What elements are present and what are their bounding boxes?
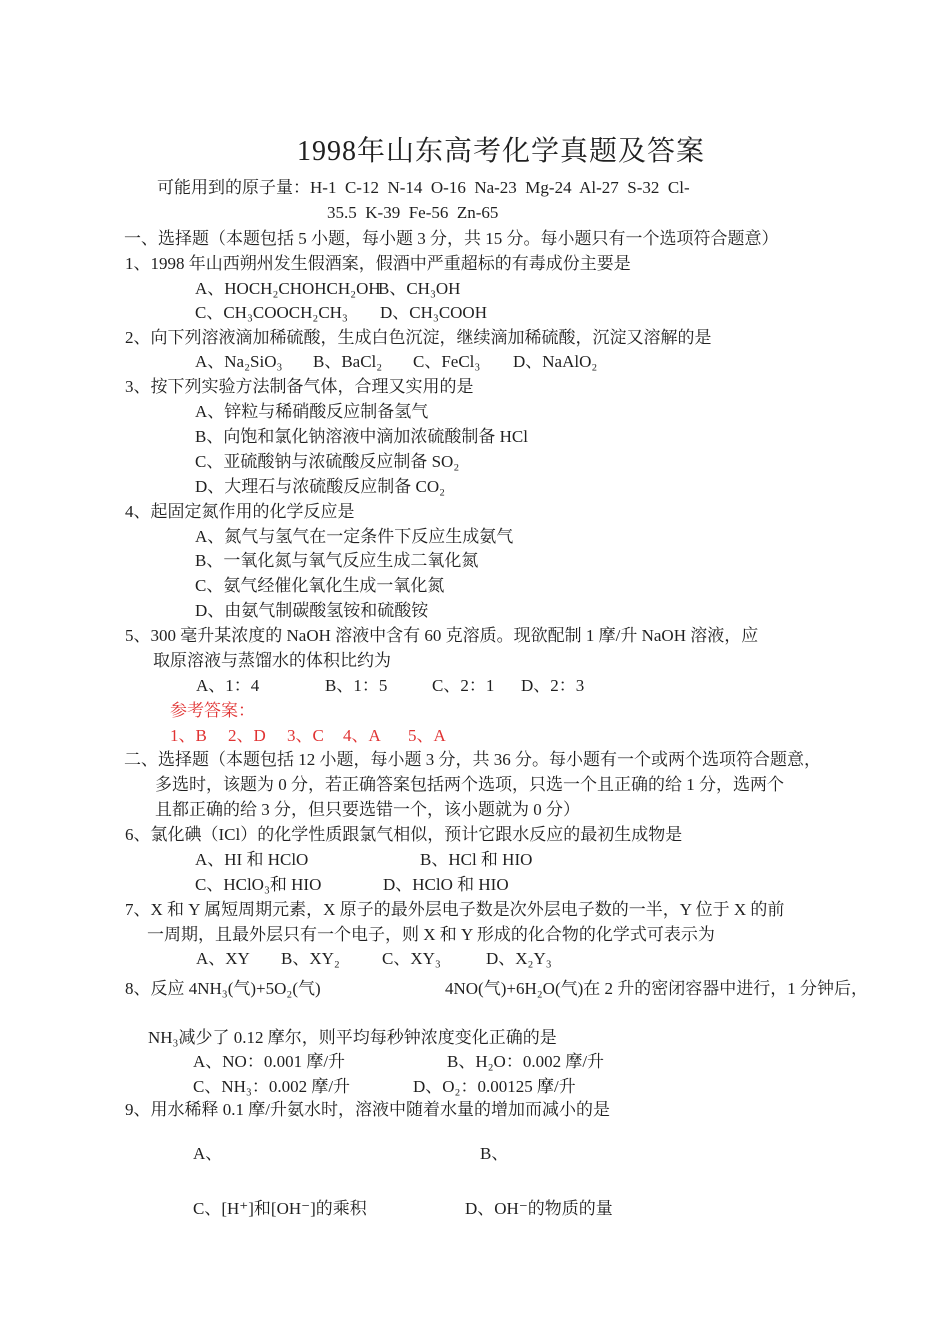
question-8-line-2-text: NH₃减少了 0.12 摩尔，则平均每秒钟浓度变化正确的是	[148, 1025, 557, 1050]
q7-option-d: D、X₂Y₃	[486, 946, 552, 971]
question-6: 6、氯化碘（ICl）的化学性质跟氯气相似，预计它跟水反应的最初生成物是	[0, 822, 949, 847]
question-5-line-2-text: 取原溶液与蒸馏水的体积比约为	[153, 648, 391, 673]
question-7-line-1: 7、X 和 Y 属短周期元素，X 原子的最外层电子数是次外层电子数的一半，Y 位…	[0, 897, 949, 922]
q9-option-b: B、	[480, 1141, 508, 1166]
section-2-header-line-2: 多选时，该题为 0 分，若正确答案包括两个选项，只选一个且正确的给 1 分，选两…	[0, 772, 949, 797]
section-2-header-line-1: 二、选择题（本题包括 12 小题，每小题 3 分，共 36 分。每小题有一个或两…	[0, 747, 949, 772]
question-3-option-c: C、亚硫酸钠与浓硫酸反应制备 SO₂	[0, 449, 949, 474]
question-5-options: A、1：4B、1：5C、2：1D、2：3	[0, 673, 949, 698]
q6-option-c: C、HClO₃和 HIO	[195, 872, 321, 897]
question-1: 1、1998 年山西朔州发生假酒案，假酒中严重超标的有毒成份主要是	[0, 251, 949, 276]
q6-option-a: A、HI 和 HClO	[195, 847, 308, 872]
q5-option-b: B、1：5	[325, 673, 387, 698]
question-4-option-a-text: A、氮气与氢气在一定条件下反应生成氨气	[195, 524, 513, 549]
question-3-option-c-text: C、亚硫酸钠与浓硫酸反应制备 SO₂	[195, 449, 459, 474]
question-4-option-b-text: B、一氧化氮与氧气反应生成二氧化氮	[195, 548, 478, 573]
question-3-option-d-text: D、大理石与浓硫酸反应制备 CO₂	[195, 474, 445, 499]
section-1-header-text: 一、选择题（本题包括 5 小题，每小题 3 分，共 15 分。每小题只有一个选项…	[124, 226, 779, 251]
document-title: 1998年山东高考化学真题及答案	[53, 129, 949, 169]
answer-3: 3、C	[287, 723, 324, 748]
answer-2: 2、D	[228, 723, 266, 748]
question-4-option-a: A、氮气与氢气在一定条件下反应生成氨气	[0, 524, 949, 549]
q2-option-c: C、FeCl₃	[413, 349, 480, 374]
q7-option-c: C、XY₃	[382, 946, 441, 971]
question-3-text: 3、按下列实验方法制备气体，合理又实用的是	[125, 374, 474, 399]
q5-option-c: C、2：1	[432, 673, 494, 698]
question-1-options-ab: A、HOCH₂CHOHCH₂OHB、CH₃OH	[0, 276, 949, 301]
section-1-header: 一、选择题（本题包括 5 小题，每小题 3 分，共 15 分。每小题只有一个选项…	[0, 226, 949, 251]
question-4-option-d: D、由氨气制碳酸氢铵和硫酸铵	[0, 598, 949, 623]
section-2-header-line-3: 且都正确的给 3 分，但只要选错一个，该小题就为 0 分）	[0, 797, 949, 822]
question-5-line-2: 取原溶液与蒸馏水的体积比约为	[0, 648, 949, 673]
question-9-options-cd: C、[H⁺]和[OH⁻]的乘积D、OH⁻的物质的量	[0, 1196, 949, 1221]
question-6-options-cd: C、HClO₃和 HIOD、HClO 和 HIO	[0, 872, 949, 897]
q1-option-a: A、HOCH₂CHOHCH₂OH	[195, 276, 381, 301]
question-4-option-c: C、氨气经催化氧化生成一氧化氮	[0, 573, 949, 598]
question-1-text: 1、1998 年山西朔州发生假酒案，假酒中严重超标的有毒成份主要是	[125, 251, 631, 276]
question-3-option-a: A、锌粒与稀硝酸反应制备氢气	[0, 399, 949, 424]
reference-answers-heading-text: 参考答案：	[170, 698, 255, 723]
q6-option-d: D、HClO 和 HIO	[383, 872, 509, 897]
q5-option-d: D、2：3	[521, 673, 584, 698]
q6-option-b: B、HCl 和 HIO	[420, 847, 532, 872]
question-2-options: A、Na₂SiO₃B、BaCl₂C、FeCl₃D、NaAlO₂	[0, 349, 949, 374]
question-6-text: 6、氯化碘（ICl）的化学性质跟氯气相似，预计它跟水反应的最初生成物是	[125, 822, 682, 847]
q8-equation-left: 8、反应 4NH₃(气)+5O₂(气)	[125, 976, 321, 1001]
q7-option-b: B、XY₂	[281, 946, 340, 971]
question-9-options-ab: A、B、	[0, 1141, 949, 1166]
q5-option-a: A、1：4	[196, 673, 259, 698]
q9-option-d: D、OH⁻的物质的量	[465, 1196, 613, 1221]
question-9-text: 9、用水稀释 0.1 摩/升氨水时，溶液中随着水量的增加而减小的是	[125, 1097, 610, 1122]
q2-option-d: D、NaAlO₂	[513, 349, 597, 374]
section-2-header-line-3-text: 且都正确的给 3 分，但只要选错一个，该小题就为 0 分）	[155, 797, 580, 822]
reference-answers: 1、B2、D3、C4、A5、A	[0, 723, 949, 748]
question-8-options-cd: C、NH₃：0.002 摩/升D、O₂：0.00125 摩/升	[0, 1074, 949, 1099]
atomic-masses-line-2: 35.5 K-39 Fe-56 Zn-65	[0, 200, 949, 225]
question-3-option-a-text: A、锌粒与稀硝酸反应制备氢气	[195, 399, 428, 424]
question-4-option-c-text: C、氨气经催化氧化生成一氧化氮	[195, 573, 444, 598]
atomic-masses-line-1-text: 可能用到的原子量：H-1 C-12 N-14 O-16 Na-23 Mg-24 …	[157, 175, 690, 200]
question-7-options: A、XYB、XY₂C、XY₃D、X₂Y₃	[0, 946, 949, 971]
question-4-option-b: B、一氧化氮与氧气反应生成二氧化氮	[0, 548, 949, 573]
document-page: 1998年山东高考化学真题及答案 可能用到的原子量：H-1 C-12 N-14 …	[0, 0, 949, 1344]
section-2-header-line-2-text: 多选时，该题为 0 分，若正确答案包括两个选项，只选一个且正确的给 1 分，选两…	[155, 772, 784, 797]
q2-option-b: B、BaCl₂	[313, 349, 382, 374]
q8-equation-right: 4NO(气)+6H₂O(气)在 2 升的密闭容器中进行，1 分钟后，	[445, 976, 868, 1001]
question-3-option-b: B、向饱和氯化钠溶液中滴加浓硫酸制备 HCl	[0, 424, 949, 449]
question-9: 9、用水稀释 0.1 摩/升氨水时，溶液中随着水量的增加而减小的是	[0, 1097, 949, 1122]
question-2-text: 2、向下列溶液滴加稀硫酸，生成白色沉淀，继续滴加稀硫酸，沉淀又溶解的是	[125, 325, 712, 350]
q7-option-a: A、XY	[196, 946, 250, 971]
reference-answers-heading: 参考答案：	[0, 698, 949, 723]
question-5-line-1: 5、300 毫升某浓度的 NaOH 溶液中含有 60 克溶质。现欲配制 1 摩/…	[0, 623, 949, 648]
q8-option-d: D、O₂：0.00125 摩/升	[413, 1074, 576, 1099]
question-7-line-2-text: 一周期，且最外层只有一个电子，则 X 和 Y 形成的化合物的化学式可表示为	[147, 922, 715, 947]
question-5-line-1-text: 5、300 毫升某浓度的 NaOH 溶液中含有 60 克溶质。现欲配制 1 摩/…	[125, 623, 758, 648]
atomic-masses-line-2-text: 35.5 K-39 Fe-56 Zn-65	[327, 200, 498, 225]
question-8-options-ab: A、NO：0.001 摩/升B、H₂O：0.002 摩/升	[0, 1049, 949, 1074]
q8-option-b: B、H₂O：0.002 摩/升	[447, 1049, 604, 1074]
question-1-options-cd: C、CH₃COOCH₂CH₃D、CH₃COOH	[0, 300, 949, 325]
q8-option-c: C、NH₃：0.002 摩/升	[193, 1074, 350, 1099]
q1-option-c: C、CH₃COOCH₂CH₃	[195, 300, 348, 325]
question-7-line-1-text: 7、X 和 Y 属短周期元素，X 原子的最外层电子数是次外层电子数的一半，Y 位…	[125, 897, 784, 922]
question-3-option-b-text: B、向饱和氯化钠溶液中滴加浓硫酸制备 HCl	[195, 424, 528, 449]
question-3-option-d: D、大理石与浓硫酸反应制备 CO₂	[0, 474, 949, 499]
question-2: 2、向下列溶液滴加稀硫酸，生成白色沉淀，继续滴加稀硫酸，沉淀又溶解的是	[0, 325, 949, 350]
question-4: 4、起固定氮作用的化学反应是	[0, 499, 949, 524]
q2-option-a: A、Na₂SiO₃	[195, 349, 282, 374]
q1-option-b: B、CH₃OH	[378, 276, 460, 301]
atomic-masses-line-1: 可能用到的原子量：H-1 C-12 N-14 O-16 Na-23 Mg-24 …	[0, 175, 949, 200]
q8-option-a: A、NO：0.001 摩/升	[193, 1049, 345, 1074]
q9-option-a: A、	[193, 1141, 222, 1166]
answer-5: 5、A	[408, 723, 446, 748]
q9-option-c: C、[H⁺]和[OH⁻]的乘积	[193, 1196, 367, 1221]
question-8-line-1: 8、反应 4NH₃(气)+5O₂(气)4NO(气)+6H₂O(气)在 2 升的密…	[0, 976, 949, 1001]
answer-1: 1、B	[170, 723, 207, 748]
section-2-header-line-1-text: 二、选择题（本题包括 12 小题，每小题 3 分，共 36 分。每小题有一个或两…	[124, 747, 821, 772]
question-6-options-ab: A、HI 和 HClOB、HCl 和 HIO	[0, 847, 949, 872]
question-8-line-2: NH₃减少了 0.12 摩尔，则平均每秒钟浓度变化正确的是	[0, 1025, 949, 1050]
question-3: 3、按下列实验方法制备气体，合理又实用的是	[0, 374, 949, 399]
q1-option-d: D、CH₃COOH	[380, 300, 487, 325]
answer-4: 4、A	[343, 723, 381, 748]
question-4-text: 4、起固定氮作用的化学反应是	[125, 499, 355, 524]
question-4-option-d-text: D、由氨气制碳酸氢铵和硫酸铵	[195, 598, 428, 623]
question-7-line-2: 一周期，且最外层只有一个电子，则 X 和 Y 形成的化合物的化学式可表示为	[0, 922, 949, 947]
